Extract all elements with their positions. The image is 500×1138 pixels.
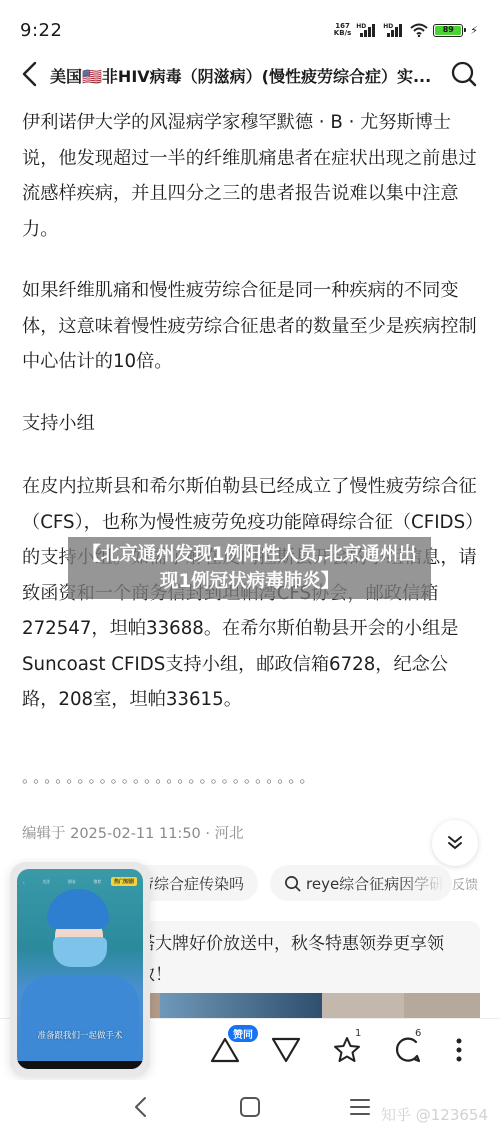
status-time: 9:22 [20,20,62,41]
system-menu-button[interactable] [347,1094,373,1120]
chevron-left-icon [18,60,42,88]
feedback-link[interactable]: 反馈 [452,874,478,893]
status-icons: 167 KB/s HD HD 89 ⚡ [334,21,478,39]
search-icon [450,60,478,88]
menu-icon [347,1094,373,1120]
article-body: 伊利诺伊大学的风湿病学家穆罕默德 · B · 尤努斯博士说，他发现超过一半的纤维… [22,105,480,744]
article-subheading: 支持小组 [22,406,480,442]
article-paragraph: 伊利诺伊大学的风湿病学家穆罕默德 · B · 尤努斯博士说，他发现超过一半的纤维… [22,105,480,247]
favorite-count: 1 [355,1028,361,1039]
battery-icon: 89 [433,24,463,37]
more-vertical-icon [444,1033,474,1067]
related-search-chip[interactable]: reye综合征病因学研 [270,865,452,901]
back-button[interactable] [18,60,42,88]
scroll-down-button[interactable] [432,820,478,866]
video-badge: 热门短剧 [111,877,137,886]
ad-image [138,993,480,1021]
video-tab: 推荐 [93,879,101,885]
network-speed: 167 KB/s [334,23,351,37]
home-square-icon [237,1094,263,1120]
search-icon [284,875,301,892]
signal-hd-label: HD [356,23,366,30]
video-tab: 朋友 [68,879,76,885]
floating-video-player[interactable]: ‹ 关注 朋友 推荐 热门短剧 准备跟我们一起做手术 [10,862,150,1077]
signal-icon: HD [356,23,378,37]
double-chevron-down-icon [445,833,465,853]
video-frame: ‹ 关注 朋友 推荐 热门短剧 准备跟我们一起做手术 [17,869,143,1069]
overlay-headline-banner: 【北京通州发现1例阳性人员,北京通州出现1例冠状病毒肺炎】 [68,537,431,599]
video-figure-body [21,975,139,1069]
system-navigation-bar: 知乎 @123654 [0,1080,500,1138]
video-tab: 关注 [42,879,50,885]
video-figure-cap [47,889,109,929]
status-bar: 9:22 167 KB/s HD HD 89 ⚡ [0,0,500,58]
back-icon [128,1094,154,1120]
ad-text: 搭大牌好价放送中，秋冬特惠领券更享领取！ [138,929,468,991]
signal-icon: HD [383,23,405,37]
article-paragraph: 如果纤维肌痛和慢性疲劳综合征是同一种疾病的不同变体，这意味着慢性疲劳综合征患者的… [22,273,480,380]
signal-hd-label: HD [383,23,393,30]
overlay-headline-text: 【北京通州发现1例阳性人员,北京通州出现1例冠状病毒肺炎】 [68,541,431,595]
ad-card[interactable]: 搭大牌好价放送中，秋冬特惠领券更享领取！ [100,921,480,1021]
comment-count: 6 [415,1028,421,1039]
top-nav: 美国🇺🇸非HIV病毒（阴滋病）(慢性疲劳综合症）实... [0,58,500,94]
more-button[interactable] [444,1033,474,1067]
agree-badge: 赞同 [228,1025,258,1042]
video-bottom-bar [17,1061,143,1069]
edit-timestamp: 编辑于 2025-02-11 11:50 · 河北 [22,822,244,843]
triangle-down-icon [269,1033,303,1067]
battery-level: 89 [435,26,461,35]
video-figure-mask [53,937,107,967]
chip-label: reye综合征病因学研 [306,873,444,894]
system-back-button[interactable] [128,1094,154,1120]
wifi-icon [410,23,428,37]
downvote-button[interactable] [269,1033,303,1067]
chip-label: 劳综合症传染吗 [139,873,244,894]
search-button[interactable] [450,60,478,88]
watermark: 知乎 @123654 [381,1104,488,1125]
video-caption: 准备跟我们一起做手术 [17,1029,143,1041]
system-home-button[interactable] [237,1094,263,1120]
page-title: 美国🇺🇸非HIV病毒（阴滋病）(慢性疲劳综合症）实... [50,64,435,87]
article-divider: 。。。。。。。。。。。。。。。。。。。。。。。。。。 [22,766,318,787]
charging-icon: ⚡ [470,24,478,37]
network-speed-unit: KB/s [334,30,351,37]
